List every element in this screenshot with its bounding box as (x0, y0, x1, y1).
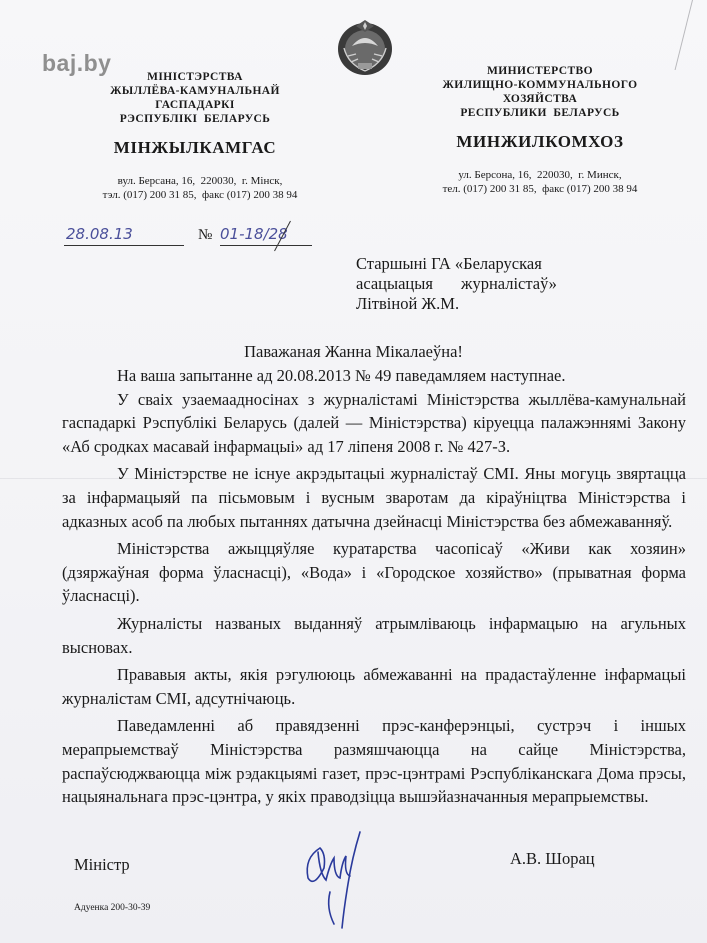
executor-contact: Адуенка 200-30-39 (74, 903, 150, 913)
contacts-line: тел. (017) 200 31 85, факс (017) 200 38 … (420, 182, 660, 196)
addressee-line: Старшыні ГА «Беларуская (356, 254, 557, 274)
letter-body: На ваша запытанне ад 20.08.2013 № 49 пав… (62, 364, 686, 809)
letterhead-russian: МИНИСТЕРСТВО ЖИЛИЩНО-КОММУНАЛЬНОГО ХОЗЯЙ… (440, 64, 640, 196)
ministry-name-line: РЭСПУБЛІКІ БЕЛАРУСЬ (95, 112, 295, 126)
registration-date: 28.08.13 (64, 225, 184, 246)
body-paragraph: Прававыя акты, якія рэгулююць абмежаванн… (62, 663, 686, 710)
address-line: ул. Берсона, 16, 220030, г. Минск, (420, 168, 660, 182)
body-paragraph: На ваша запытанне ад 20.08.2013 № 49 пав… (62, 364, 686, 388)
ministry-name-line: МІНІСТЭРСТВА (95, 70, 295, 84)
signatory-role: Міністр (74, 855, 130, 875)
registration-number: 01-18/28 (220, 225, 312, 246)
ministry-name-line: ГАСПАДАРКІ (95, 98, 295, 112)
signatory-name: А.В. Шорац (510, 849, 595, 869)
ministry-address: ул. Берсона, 16, 220030, г. Минск, тел. … (420, 168, 660, 196)
number-sign: № (198, 227, 212, 244)
ministry-address: вул. Берсана, 16, 220030, г. Мінск, тэл.… (75, 174, 325, 202)
body-paragraph: Журналісты названых выданняў атрымліваюц… (62, 612, 686, 659)
ministry-name-line: РЕСПУБЛИКИ БЕЛАРУСЬ (440, 106, 640, 120)
ministry-short-name: МІНЖЫЛКАМГАС (95, 138, 295, 158)
letter-page: baj.by МІНІСТЭРСТВА ЖЫЛЛЁВА-КАМУНАЛЬНАЙ … (0, 0, 707, 943)
state-emblem-icon (334, 16, 396, 78)
ministry-short-name: МИНЖИЛКОМХОЗ (440, 132, 640, 152)
paper-edge-mark (675, 0, 707, 70)
addressee-line: Літвіной Ж.М. (356, 294, 557, 314)
body-paragraph: У сваіх узаемаадносінах з журналістамі М… (62, 388, 686, 459)
handwritten-signature-icon (290, 828, 370, 938)
addressee-block: Старшыні ГА «Беларуская асацыацыя журнал… (356, 254, 557, 314)
letterhead-belarusian: МІНІСТЭРСТВА ЖЫЛЛЁВА-КАМУНАЛЬНАЙ ГАСПАДА… (95, 70, 295, 202)
ministry-name-line: МИНИСТЕРСТВО (440, 64, 640, 78)
address-line: вул. Берсана, 16, 220030, г. Мінск, (75, 174, 325, 188)
addressee-line: асацыацыя журналістаў» (356, 274, 557, 294)
body-paragraph: Паведамленні аб правядзенні прэс-канферэ… (62, 714, 686, 808)
body-paragraph: Міністэрства ажыццяўляе куратарства часо… (62, 537, 686, 608)
ministry-name-line: ЖИЛИЩНО-КОММУНАЛЬНОГО (440, 78, 640, 92)
ministry-name-line: ЖЫЛЛЁВА-КАМУНАЛЬНАЙ (95, 84, 295, 98)
body-paragraph: У Міністэрстве не існуе акрэдытацыі журн… (62, 462, 686, 533)
contacts-line: тэл. (017) 200 31 85, факс (017) 200 38 … (75, 188, 325, 202)
salutation: Паважаная Жанна Мікалаеўна! (0, 342, 707, 362)
ministry-name-line: ХОЗЯЙСТВА (440, 92, 640, 106)
